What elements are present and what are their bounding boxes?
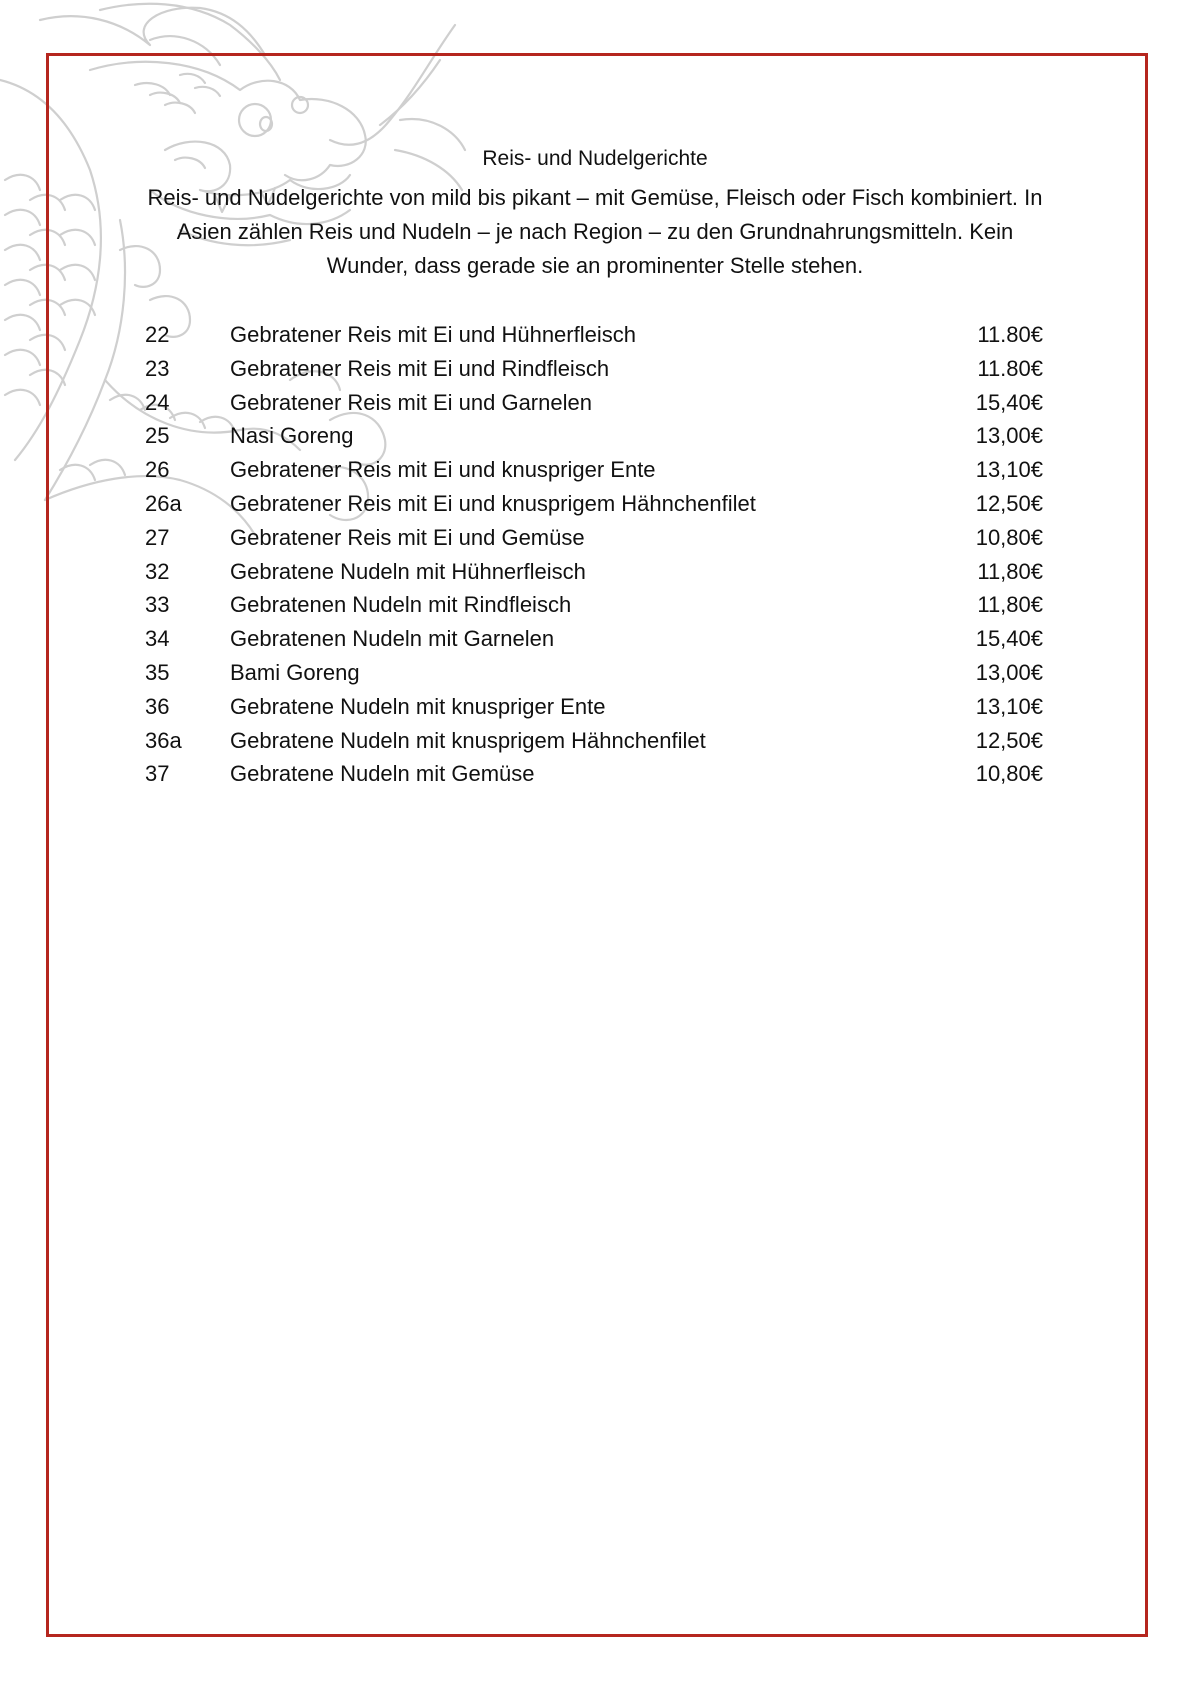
item-name: Gebratenen Nudeln mit Rindfleisch xyxy=(230,588,923,622)
menu-item: 26Gebratener Reis mit Ei und knuspriger … xyxy=(145,453,1045,487)
item-number: 36 xyxy=(145,690,230,724)
item-name: Gebratene Nudeln mit knuspriger Ente xyxy=(230,690,923,724)
item-price: 13,00€ xyxy=(923,656,1045,690)
menu-item: 27Gebratener Reis mit Ei und Gemüse10,80… xyxy=(145,521,1045,555)
menu-item: 25Nasi Goreng13,00€ xyxy=(145,419,1045,453)
item-name: Gebratene Nudeln mit Gemüse xyxy=(230,757,923,791)
item-name: Bami Goreng xyxy=(230,656,923,690)
item-price: 13,10€ xyxy=(923,453,1045,487)
menu-item: 33Gebratenen Nudeln mit Rindfleisch11,80… xyxy=(145,588,1045,622)
menu-item: 36aGebratene Nudeln mit knusprigem Hähnc… xyxy=(145,724,1045,758)
item-number: 33 xyxy=(145,588,230,622)
menu-item: 32Gebratene Nudeln mit Hühnerfleisch11,8… xyxy=(145,555,1045,589)
item-number: 37 xyxy=(145,757,230,791)
item-price: 11,80€ xyxy=(923,555,1045,589)
menu-item: 22Gebratener Reis mit Ei und Hühnerfleis… xyxy=(145,318,1045,352)
item-name: Gebratene Nudeln mit Hühnerfleisch xyxy=(230,555,923,589)
item-price: 11,80€ xyxy=(923,588,1045,622)
menu-item: 24Gebratener Reis mit Ei und Garnelen15,… xyxy=(145,386,1045,420)
item-price: 13,00€ xyxy=(923,419,1045,453)
item-number: 26 xyxy=(145,453,230,487)
menu-item: 34Gebratenen Nudeln mit Garnelen15,40€ xyxy=(145,622,1045,656)
item-name: Gebratener Reis mit Ei und knuspriger En… xyxy=(230,453,923,487)
item-number: 35 xyxy=(145,656,230,690)
item-name: Nasi Goreng xyxy=(230,419,923,453)
item-name: Gebratener Reis mit Ei und Gemüse xyxy=(230,521,923,555)
section-intro: Reis- und Nudelgerichte von mild bis pik… xyxy=(140,181,1050,283)
item-name: Gebratenen Nudeln mit Garnelen xyxy=(230,622,923,656)
item-number: 34 xyxy=(145,622,230,656)
menu-item: 26aGebratener Reis mit Ei und knusprigem… xyxy=(145,487,1045,521)
item-number: 22 xyxy=(145,318,230,352)
item-price: 12,50€ xyxy=(923,487,1045,521)
item-number: 27 xyxy=(145,521,230,555)
item-price: 13,10€ xyxy=(923,690,1045,724)
menu-list: 22Gebratener Reis mit Ei und Hühnerfleis… xyxy=(145,318,1045,791)
item-price: 15,40€ xyxy=(923,386,1045,420)
item-number: 23 xyxy=(145,352,230,386)
menu-item: 37Gebratene Nudeln mit Gemüse10,80€ xyxy=(145,757,1045,791)
item-name: Gebratener Reis mit Ei und knusprigem Hä… xyxy=(230,487,923,521)
item-number: 26a xyxy=(145,487,230,521)
item-price: 10,80€ xyxy=(923,521,1045,555)
menu-item: 36Gebratene Nudeln mit knuspriger Ente13… xyxy=(145,690,1045,724)
item-number: 24 xyxy=(145,386,230,420)
item-name: Gebratene Nudeln mit knusprigem Hähnchen… xyxy=(230,724,923,758)
item-number: 32 xyxy=(145,555,230,589)
item-name: Gebratener Reis mit Ei und Rindfleisch xyxy=(230,352,923,386)
item-price: 12,50€ xyxy=(923,724,1045,758)
menu-item: 35Bami Goreng13,00€ xyxy=(145,656,1045,690)
item-number: 36a xyxy=(145,724,230,758)
item-price: 10,80€ xyxy=(923,757,1045,791)
item-price: 11.80€ xyxy=(923,352,1045,386)
item-name: Gebratener Reis mit Ei und Hühnerfleisch xyxy=(230,318,923,352)
section-title: Reis- und Nudelgerichte xyxy=(0,145,1190,173)
item-name: Gebratener Reis mit Ei und Garnelen xyxy=(230,386,923,420)
menu-item: 23Gebratener Reis mit Ei und Rindfleisch… xyxy=(145,352,1045,386)
menu-page-border xyxy=(46,53,1148,1637)
item-price: 11.80€ xyxy=(923,318,1045,352)
item-number: 25 xyxy=(145,419,230,453)
item-price: 15,40€ xyxy=(923,622,1045,656)
